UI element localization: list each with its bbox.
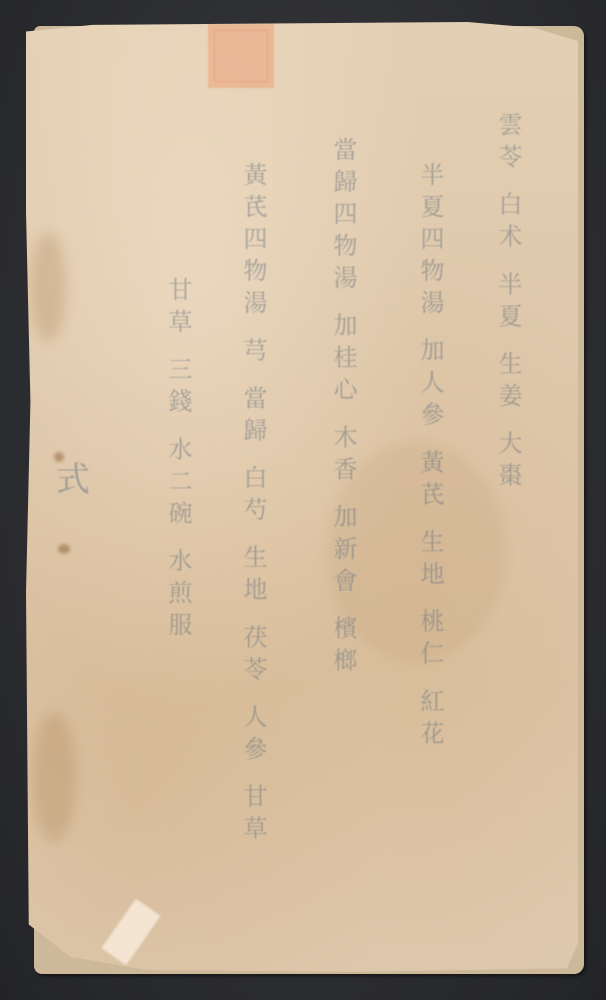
- text-column-1: 雲苓 白术 半夏 生姜 大棗: [496, 112, 520, 842]
- manuscript-page: 雲苓 白术 半夏 生姜 大棗 半夏四物湯 加人參 黃芪 生地 桃仁 紅花 當歸四…: [26, 22, 578, 972]
- text-column-2: 半夏四物湯 加人參 黃芪 生地 桃仁 紅花: [418, 162, 442, 862]
- water-stain: [32, 712, 76, 842]
- torn-corner-fold: [102, 899, 161, 965]
- red-seal-stamp: [208, 24, 274, 88]
- margin-mark: 式: [56, 452, 90, 501]
- water-stain: [30, 232, 66, 342]
- worm-hole: [58, 544, 70, 554]
- text-column-5: 甘草 三錢 水二碗 水煎服: [166, 277, 190, 757]
- text-column-4: 黃芪四物湯 芎 當歸 白芍 生地 茯苓 人參 甘草: [241, 162, 265, 922]
- text-column-3: 當歸四物湯 加桂心 木香 加新會 檳榔: [331, 137, 355, 777]
